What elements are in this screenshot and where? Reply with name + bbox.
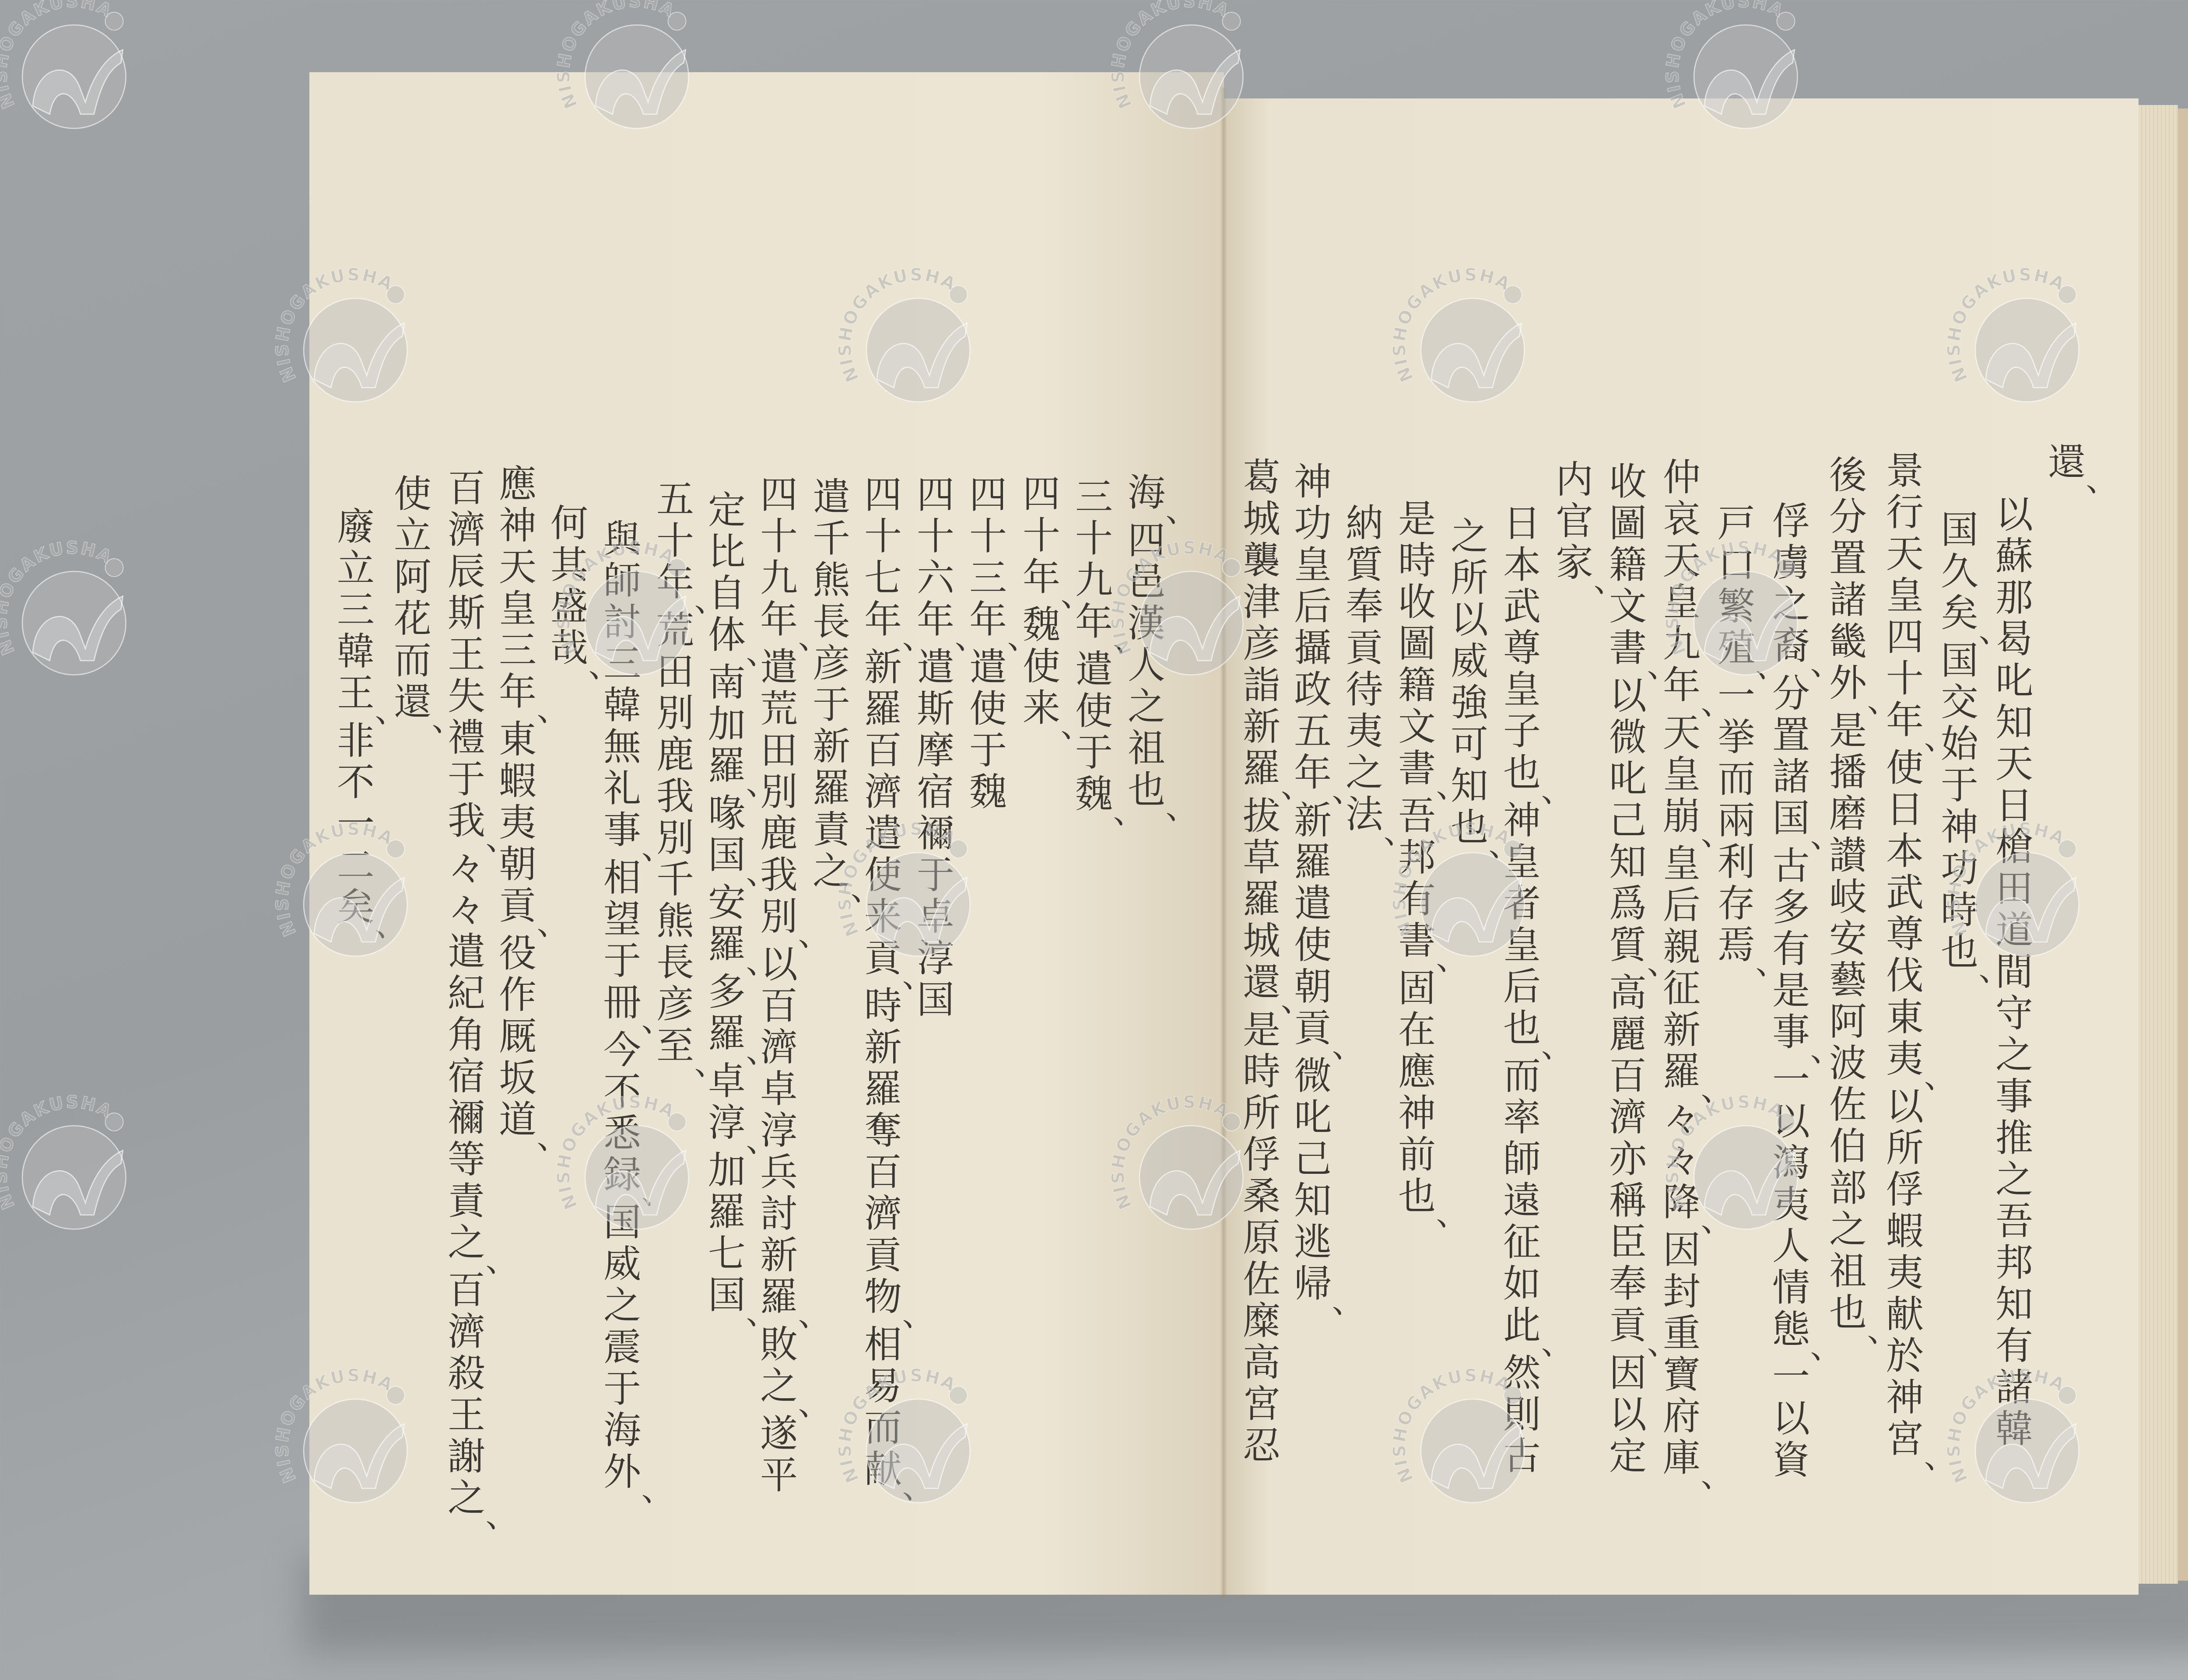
punctuation-mark: 、 bbox=[1673, 837, 1713, 843]
text-column: 之所以威強可知也、 bbox=[1447, 516, 1485, 855]
punctuation-mark: 、 bbox=[1840, 704, 1879, 710]
punctuation-mark: 、 bbox=[1783, 667, 1822, 673]
punctuation-mark: 、 bbox=[1897, 1460, 1936, 1466]
punctuation-mark: 、 bbox=[1253, 790, 1293, 796]
punctuation-mark: 、 bbox=[719, 787, 758, 793]
text-column: 後分置諸畿外、是播磨讃岐安藝阿波佐伯部之祖也、 bbox=[1825, 455, 1864, 1340]
punctuation-mark: 、 bbox=[614, 851, 653, 857]
punctuation-mark: 、 bbox=[509, 927, 549, 933]
text-column: 收圖籍文書、以微叱己知爲質、高麗百濟亦稱臣奉貢、因以定 bbox=[1605, 462, 1644, 1477]
punctuation-mark: 、 bbox=[561, 669, 600, 675]
punctuation-mark: 、 bbox=[1253, 1004, 1293, 1010]
watermark-logo bbox=[0, 1094, 151, 1252]
punctuation-mark: 、 bbox=[458, 1519, 498, 1526]
punctuation-mark: 、 bbox=[771, 641, 810, 647]
text-column: 廢立三韓王、非不一二矣、 bbox=[333, 507, 372, 934]
punctuation-mark: 、 bbox=[771, 1407, 810, 1414]
punctuation-mark: 、 bbox=[1138, 514, 1178, 520]
punctuation-mark: 、 bbox=[771, 938, 810, 944]
text-column: 神功皇后攝政五年、新羅遣使朝貢、微叱己知逃帰、 bbox=[1290, 462, 1329, 1311]
punctuation-mark: 、 bbox=[1783, 840, 1822, 846]
punctuation-mark: 、 bbox=[1356, 836, 1396, 842]
text-column: 海、四邑漢人之祖也、 bbox=[1124, 472, 1162, 817]
punctuation-mark: 、 bbox=[404, 723, 444, 729]
text-column: 以蘇那曷叱知天日槍田道間守之事推之吾邦知有諸韓 bbox=[1992, 494, 2030, 1450]
text-column: 五十年、荒田別鹿我別千熊長彦至、 bbox=[652, 479, 691, 1073]
punctuation-mark: 、 bbox=[1673, 1479, 1713, 1485]
text-column: 百濟辰斯王失禮于我、々々遣紀角宿禰等責之、百濟殺王謝之、 bbox=[444, 468, 482, 1526]
punctuation-mark: 、 bbox=[1086, 643, 1125, 649]
punctuation-mark: 、 bbox=[1409, 962, 1448, 968]
text-column: 四十六年、遣斯摩宿禰于卓淳国 bbox=[913, 475, 951, 1021]
text-column: 遣千熊長彦于新羅責之、 bbox=[809, 477, 847, 899]
book-cover-edge bbox=[2178, 108, 2188, 1581]
text-column: 四十年、魏使来、 bbox=[1019, 474, 1057, 735]
text-column: 還、 bbox=[2044, 442, 2083, 490]
punctuation-mark: 、 bbox=[1409, 1218, 1448, 1224]
text-column: 三十九年、遣使于魏、 bbox=[1071, 477, 1110, 822]
punctuation-mark: 、 bbox=[1304, 1050, 1344, 1056]
punctuation-mark: 、 bbox=[1728, 966, 1767, 973]
punctuation-mark: 、 bbox=[1461, 849, 1501, 855]
text-column: 四十七年、新羅百濟遣使来貢、時新羅奪百濟貢物、相易而献、 bbox=[860, 475, 899, 1497]
text-column: 葛城襲津彦詣新羅、拔草羅城還、是時所俘桑原佐糜高宮忍 bbox=[1239, 457, 1277, 1467]
punctuation-mark: 、 bbox=[1086, 815, 1125, 822]
punctuation-mark: 、 bbox=[614, 1196, 653, 1202]
punctuation-mark: 、 bbox=[719, 966, 758, 972]
punctuation-mark: 、 bbox=[614, 1024, 653, 1030]
text-column: 四十九年、遣荒田別鹿我別、以百濟卓淳兵討新羅、敗之、遂平 bbox=[756, 475, 795, 1497]
punctuation-mark: 、 bbox=[1138, 811, 1178, 817]
punctuation-mark: 、 bbox=[927, 641, 967, 647]
punctuation-mark: 、 bbox=[1728, 669, 1767, 675]
text-column: 使立阿花而還、 bbox=[390, 474, 428, 729]
punctuation-mark: 、 bbox=[719, 1316, 758, 1323]
punctuation-mark: 、 bbox=[667, 604, 706, 610]
punctuation-mark: 、 bbox=[1673, 1224, 1713, 1230]
punctuation-mark: 、 bbox=[1783, 1351, 1822, 1357]
punctuation-mark: 、 bbox=[614, 1493, 653, 1499]
punctuation-mark: 、 bbox=[1673, 1093, 1713, 1099]
punctuation-mark: 、 bbox=[458, 1264, 498, 1270]
punctuation-mark: 、 bbox=[1897, 1080, 1936, 1086]
punctuation-mark: 、 bbox=[1951, 973, 1991, 979]
punctuation-mark: 、 bbox=[771, 1318, 810, 1324]
punctuation-mark: 、 bbox=[1304, 794, 1344, 800]
punctuation-mark: 、 bbox=[1566, 584, 1606, 590]
punctuation-mark: 、 bbox=[1514, 1050, 1553, 1056]
punctuation-mark: 、 bbox=[1033, 598, 1073, 605]
punctuation-mark: 、 bbox=[509, 1141, 549, 1147]
text-column: 四十三年、遣使于魏 bbox=[965, 475, 1004, 813]
punctuation-mark: 、 bbox=[875, 1491, 914, 1497]
punctuation-mark: 、 bbox=[719, 1055, 758, 1061]
punctuation-mark: 、 bbox=[347, 928, 387, 934]
text-column: 應神天皇三年、東蝦夷朝貢、役作厩坂道、 bbox=[495, 464, 533, 1147]
punctuation-mark: 、 bbox=[1673, 707, 1713, 713]
text-column: 内官家、 bbox=[1552, 459, 1590, 590]
punctuation-mark: 、 bbox=[875, 1318, 914, 1324]
punctuation-mark: 、 bbox=[719, 656, 758, 662]
text-column: 景行天皇四十年、使日本武尊伐東夷、以所俘蝦夷献於神宮、 bbox=[1882, 451, 1921, 1466]
punctuation-mark: 、 bbox=[1620, 1347, 1659, 1353]
punctuation-mark: 、 bbox=[1304, 1305, 1344, 1311]
text-column: 戸口繁殖、一挙而兩利存焉、 bbox=[1714, 503, 1752, 973]
text-column: 何其盛哉、 bbox=[547, 503, 585, 675]
page-edges bbox=[2139, 105, 2178, 1584]
punctuation-mark: 、 bbox=[458, 842, 498, 848]
punctuation-mark: 、 bbox=[1620, 669, 1659, 675]
punctuation-mark: 、 bbox=[347, 714, 387, 721]
punctuation-mark: 、 bbox=[1951, 634, 1991, 640]
text-column: 納質奉貢待夷之法、 bbox=[1342, 503, 1380, 842]
punctuation-mark: 、 bbox=[980, 641, 1019, 647]
text-column: 定比自体、南加羅、喙国、安羅、多羅、卓淳、加羅七国、 bbox=[704, 490, 743, 1323]
punctuation-mark: 、 bbox=[1840, 1334, 1879, 1340]
text-column: 日本武尊皇子也、神皇者皇后也、而率師遠征如此、然則古 bbox=[1499, 503, 1538, 1477]
punctuation-mark: 、 bbox=[823, 892, 863, 899]
text-column: 與師討三韓無礼事、相望于冊、今不悉録、国威之震于海外、 bbox=[600, 519, 638, 1499]
text-column: 国久矣、国交始于神功時也、 bbox=[1937, 510, 1975, 979]
punctuation-mark: 、 bbox=[875, 641, 914, 647]
text-column: 俘虜之裔、分置諸国、古多有是事、一以瀉夷人情態、一以資 bbox=[1768, 501, 1807, 1481]
punctuation-mark: 、 bbox=[509, 713, 549, 719]
text-column: 是時收圖籍文書、吾邦有書、固在應神前也、 bbox=[1394, 499, 1433, 1224]
book-gutter bbox=[1220, 87, 1227, 1599]
punctuation-mark: 、 bbox=[719, 876, 758, 882]
text-column: 仲哀天皇九年、天皇崩、皇后親征新羅、々々降、因封重寶府庫、 bbox=[1659, 457, 1697, 1485]
punctuation-mark: 、 bbox=[1783, 1053, 1822, 1060]
punctuation-mark: 、 bbox=[1033, 729, 1073, 735]
punctuation-mark: 、 bbox=[1409, 790, 1448, 796]
punctuation-mark: 、 bbox=[875, 980, 914, 986]
punctuation-mark: 、 bbox=[719, 1144, 758, 1150]
watermark-logo bbox=[0, 0, 151, 151]
punctuation-mark: 、 bbox=[667, 1067, 706, 1073]
punctuation-mark: 、 bbox=[1897, 742, 1936, 748]
punctuation-mark: 、 bbox=[2058, 483, 2098, 490]
watermark-logo bbox=[0, 540, 151, 697]
punctuation-mark: 、 bbox=[1620, 966, 1659, 973]
punctuation-mark: 、 bbox=[1514, 1347, 1553, 1353]
punctuation-mark: 、 bbox=[1514, 794, 1553, 800]
